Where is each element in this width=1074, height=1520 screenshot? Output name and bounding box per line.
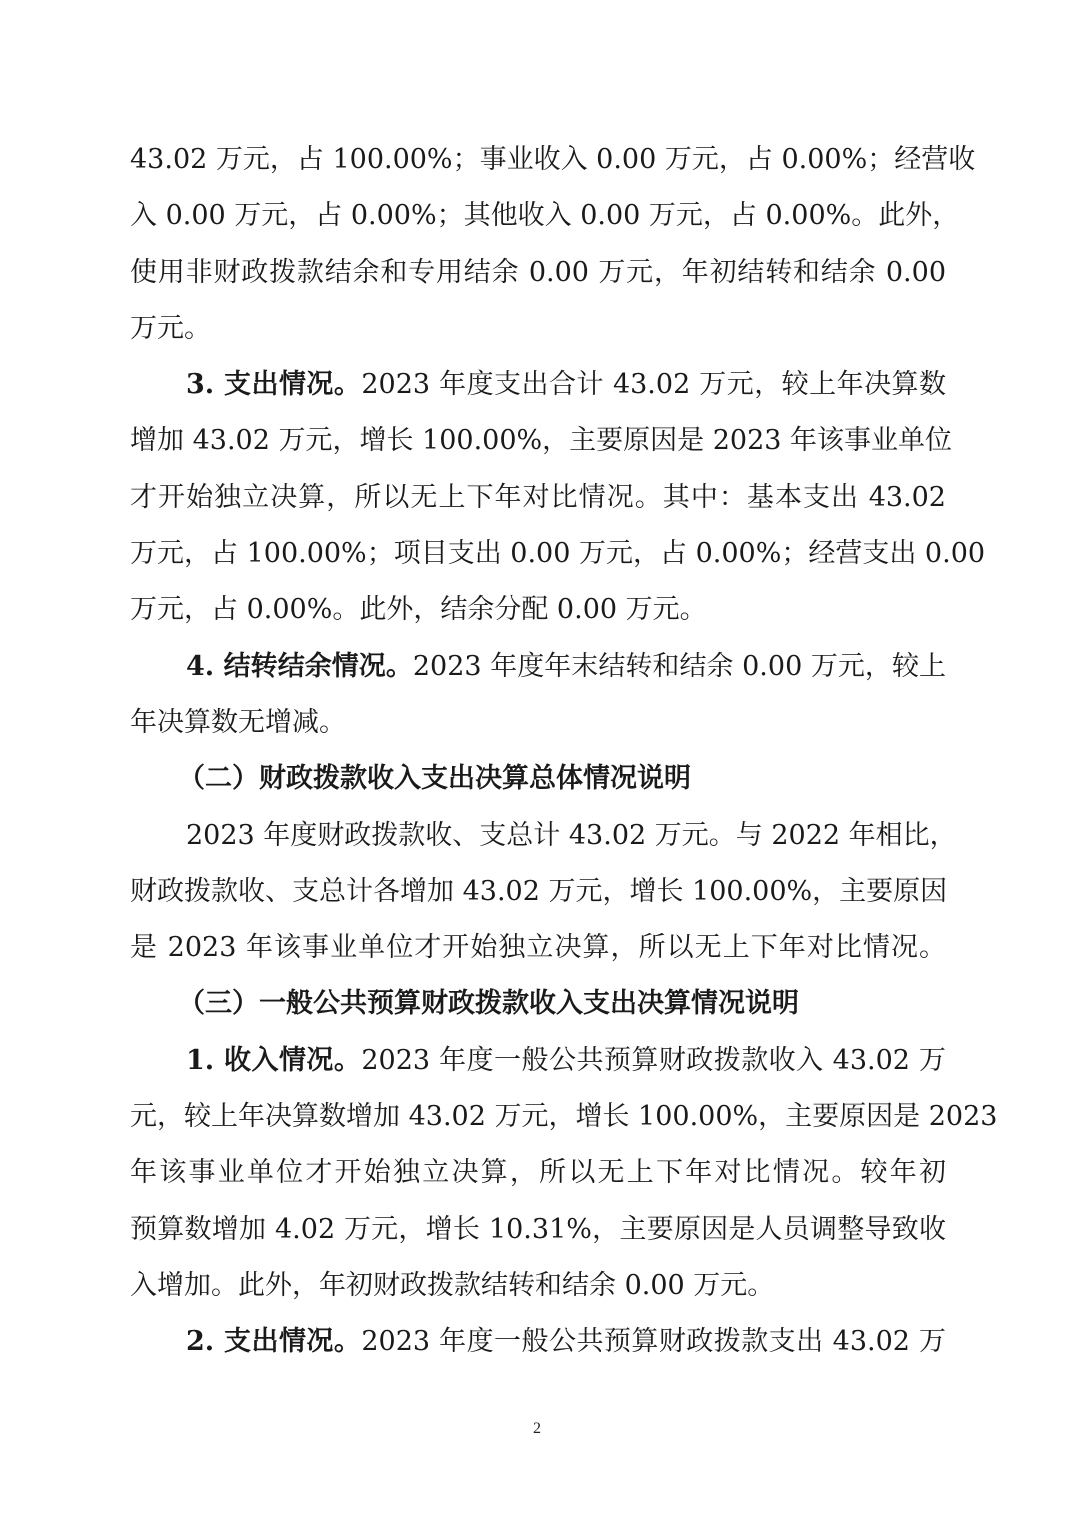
document-page: 43.02 万元，占 100.00%；事业收入 0.00 万元，占 0.00%；… — [130, 132, 946, 1371]
paragraph-line: 万元，占 100.00%；项目支出 0.00 万元，占 0.00%；经营支出 0… — [130, 526, 946, 582]
paragraph-line: 万元，占 0.00%。此外，结余分配 0.00 万元。 — [130, 582, 946, 638]
paragraph-line: 万元。 — [130, 301, 946, 357]
paragraph-line: 增加 43.02 万元，增长 100.00%，主要原因是 2023 年该事业单位 — [130, 413, 946, 469]
section-general-expenditure-line: 2. 支出情况。2023 年度一般公共预算财政拨款支出 43.02 万 — [130, 1314, 946, 1370]
page-number: 2 — [0, 1420, 1074, 1438]
subheading-expenditure: 3. 支出情况。 — [186, 369, 361, 400]
section-income-line: 1. 收入情况。2023 年度一般公共预算财政拨款收入 43.02 万 — [130, 1033, 946, 1089]
subheading-carryover: 4. 结转结余情况。 — [186, 651, 413, 682]
paragraph-line: 才开始独立决算，所以无上下年对比情况。其中：基本支出 43.02 — [130, 470, 946, 526]
paragraph-line: 是 2023 年该事业单位才开始独立决算，所以无上下年对比情况。 — [130, 920, 946, 976]
subheading-income: 1. 收入情况。 — [186, 1045, 361, 1076]
paragraph-line: 使用非财政拨款结余和专用结余 0.00 万元，年初结转和结余 0.00 — [130, 245, 946, 301]
section-carryover-line: 4. 结转结余情况。2023 年度年末结转和结余 0.00 万元，较上 — [130, 639, 946, 695]
paragraph-line: 元，较上年决算数增加 43.02 万元，增长 100.00%，主要原因是 202… — [130, 1089, 946, 1145]
paragraph-line: 入 0.00 万元，占 0.00%；其他收入 0.00 万元，占 0.00%。此… — [130, 188, 946, 244]
paragraph-line: 43.02 万元，占 100.00%；事业收入 0.00 万元，占 0.00%；… — [130, 132, 946, 188]
section-heading-2: （二）财政拨款收入支出决算总体情况说明 — [130, 751, 946, 807]
paragraph-line: 年决算数无增减。 — [130, 695, 946, 751]
section-expenditure-line: 3. 支出情况。2023 年度支出合计 43.02 万元，较上年决算数 — [130, 357, 946, 413]
subheading-general-expenditure: 2. 支出情况。 — [186, 1326, 361, 1357]
paragraph-line: 财政拨款收、支总计各增加 43.02 万元，增长 100.00%，主要原因 — [130, 864, 946, 920]
paragraph-line: 2023 年度财政拨款收、支总计 43.02 万元。与 2022 年相比， — [130, 808, 946, 864]
section-heading-3: （三）一般公共预算财政拨款收入支出决算情况说明 — [130, 976, 946, 1032]
paragraph-line: 入增加。此外，年初财政拨款结转和结余 0.00 万元。 — [130, 1258, 946, 1314]
paragraph-line: 预算数增加 4.02 万元，增长 10.31%，主要原因是人员调整导致收 — [130, 1202, 946, 1258]
paragraph-line: 年该事业单位才开始独立决算，所以无上下年对比情况。较年初 — [130, 1145, 946, 1201]
